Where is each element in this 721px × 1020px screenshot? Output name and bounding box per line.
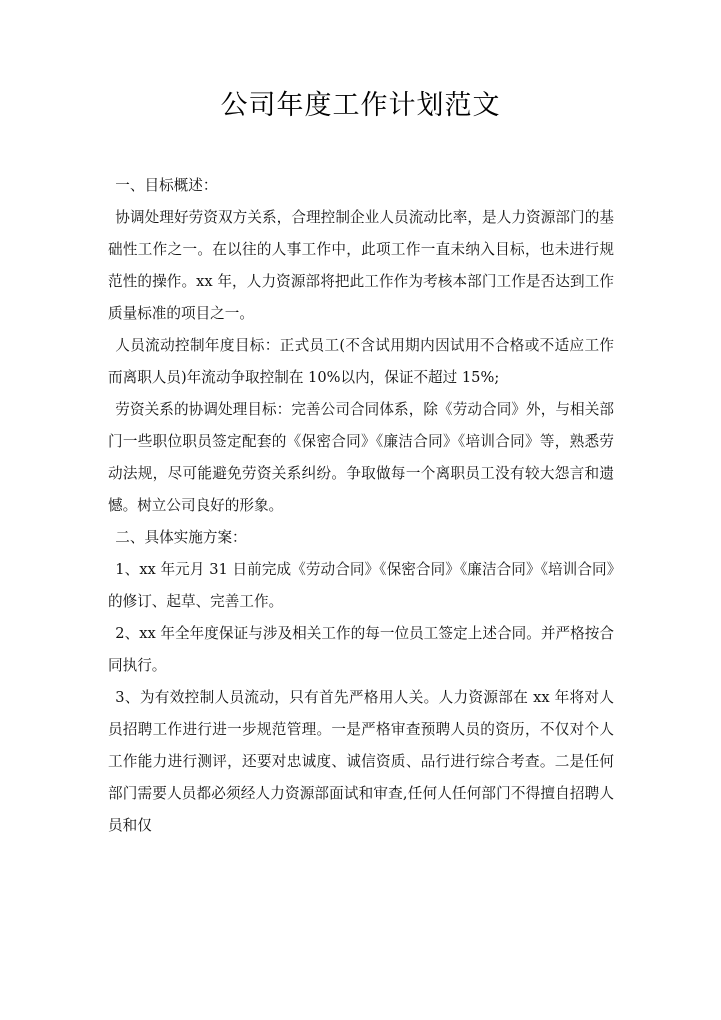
paragraph-item-1: 1、xx 年元月 31 日前完成《劳动合同》《保密合同》《廉洁合同》《培训合同》… [108,554,614,618]
document-body: 一、目标概述： 协调处理好劳资双方关系，合理控制企业人员流动比率，是人力资源部门… [108,170,614,842]
section-heading-goals: 一、目标概述： [108,170,614,202]
document-page: 公司年度工作计划范文 一、目标概述： 协调处理好劳资双方关系，合理控制企业人员流… [0,0,721,1020]
paragraph-item-2: 2、xx 年全年度保证与涉及相关工作的每一位员工签定上述合同。并严格按合同执行。 [108,618,614,682]
paragraph-overview: 协调处理好劳资双方关系，合理控制企业人员流动比率，是人力资源部门的基础性工作之一… [108,202,614,330]
paragraph-turnover-target: 人员流动控制年度目标：正式员工(不含试用期内因试用不合格或不适应工作而离职人员)… [108,330,614,394]
paragraph-labor-relations-target: 劳资关系的协调处理目标：完善公司合同体系，除《劳动合同》外，与相关部门一些职位职… [108,394,614,522]
document-title: 公司年度工作计划范文 [0,86,721,126]
paragraph-item-3: 3、为有效控制人员流动，只有首先严格用人关。人力资源部在 xx 年将对人员招聘工… [108,682,614,842]
section-heading-implementation: 二、具体实施方案： [108,522,614,554]
